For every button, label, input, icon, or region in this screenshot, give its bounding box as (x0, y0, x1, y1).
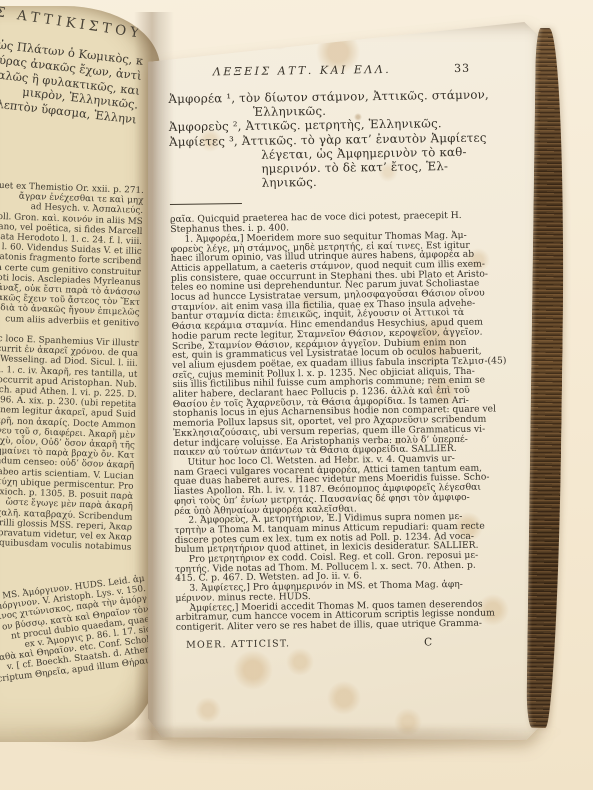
running-signature: MOER. ATTICIST. (186, 638, 290, 650)
right-page-content: ΛΕΞΕΙΣ ΑΤΤ. ΚΑΙ ΕΛΛ. 33 Ἀμφορέα ¹, τὸν δ… (168, 62, 478, 652)
left-page: ΙΔΟΣ ΑΤΤΙΚΙΣΤΟΥ ς. ὡς Πλάτων ὁ Κωμικὸς, … (0, 6, 160, 742)
right-page: ΛΕΞΕΙΣ ΑΤΤ. ΚΑΙ ΕΛΛ. 33 Ἀμφορέα ¹, τὸν δ… (148, 22, 540, 740)
left-page-footnotes-lower: n MS. Ἀμόργινον. HUDS. Leid. ἀμμόργινον.… (0, 574, 155, 718)
lemma-entries: Ἀμφορέα ¹, τὸν δίωτον στάμνον, Ἀττικῶς. … (168, 88, 471, 192)
footnote-line: contigerit. Aliter vero se res habet de … (176, 619, 478, 633)
footnote-separator-rule (170, 203, 242, 205)
running-title: ΛΕΞΕΙΣ ΑΤΤ. ΚΑΙ ΕΛΛ. (168, 62, 470, 79)
page-number: 33 (454, 62, 470, 75)
left-page-running-header: ΙΔΟΣ ΑΤΤΙΚΙΣΤΟΥ (0, 6, 144, 42)
left-page-footnotes-upper: quet ex Themistio Or. xxii. p. 271.ἄγραν… (0, 171, 144, 553)
gathering-mark: C (424, 636, 432, 648)
right-page-header: ΛΕΞΕΙΣ ΑΤΤ. ΚΑΙ ΕΛΛ. 33 (168, 62, 470, 82)
book-photo: ΙΔΟΣ ΑΤΤΙΚΙΣΤΟΥ ς. ὡς Πλάτων ὁ Κωμικὸς, … (0, 0, 593, 790)
page-footer: MOER. ATTICIST. C (176, 635, 478, 651)
lemma-line: ληνικῶς. (170, 173, 472, 191)
commentary-footnotes: ϱαῖα. Quicquid praeterea hac de voce dic… (170, 211, 478, 632)
